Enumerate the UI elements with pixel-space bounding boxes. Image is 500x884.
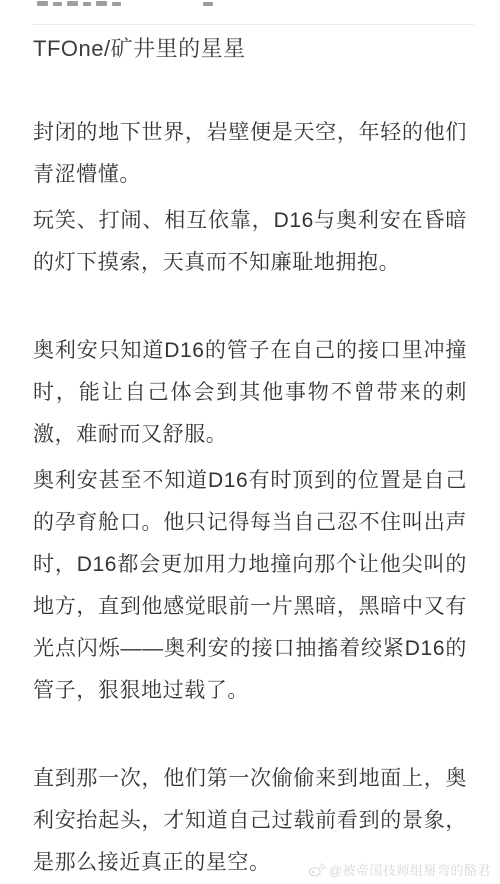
- watermark: @被帝国技师组掰弯的酪君: [308, 860, 491, 879]
- clipped-text-fragment: [0, 0, 500, 9]
- paragraphs: 封闭的地下世界，岩壁便是天空，年轻的他们青涩懵懂。玩笑、打闹、相互依靠，D16与…: [33, 112, 467, 884]
- paragraph: 奥利安甚至不知道D16有时顶到的位置是自己的孕育舱口。他只记得每当自己忍不住叫出…: [33, 460, 467, 712]
- post-body: 封闭的地下世界，岩壁便是天空，年轻的他们青涩懵懂。玩笑、打闹、相互依靠，D16与…: [33, 112, 467, 884]
- paragraph-spacer: [33, 288, 467, 330]
- weibo-logo-icon: [308, 862, 326, 877]
- divider: [32, 24, 474, 25]
- paragraph-spacer: [33, 716, 467, 758]
- paragraph: 奥利安只知道D16的管子在自己的接口里冲撞时，能让自己体会到其他事物不曾带来的刺…: [33, 330, 467, 456]
- watermark-handle: @被帝国技师组掰弯的酪君: [329, 860, 491, 879]
- paragraph: 封闭的地下世界，岩壁便是天空，年轻的他们青涩懵懂。: [33, 112, 467, 196]
- paragraph: 玩笑、打闹、相互依靠，D16与奥利安在昏暗的灯下摸索，天真而不知廉耻地拥抱。: [33, 200, 467, 284]
- text-post-page: TFOne/矿井里的星星 封闭的地下世界，岩壁便是天空，年轻的他们青涩懵懂。玩笑…: [0, 0, 500, 884]
- post-title: TFOne/矿井里的星星: [33, 36, 470, 62]
